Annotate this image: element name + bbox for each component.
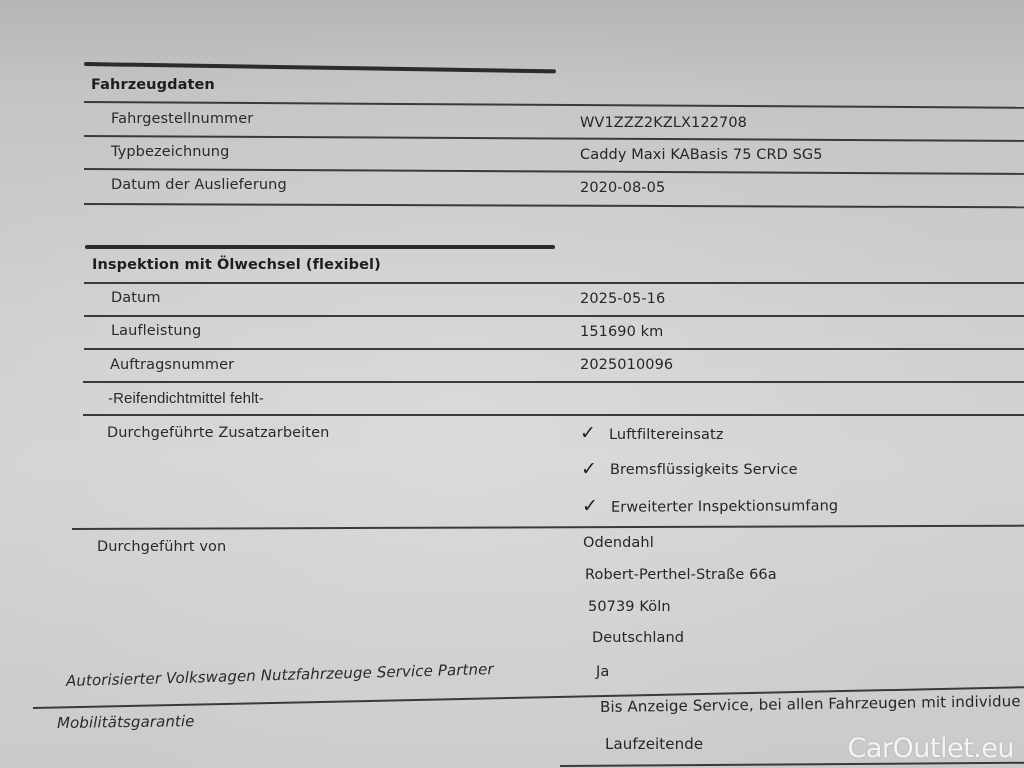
label-date: Datum <box>111 290 161 306</box>
work-item-brake-fluid: Bremsflüssigkeits Service <box>610 462 798 478</box>
section-rule-inspection <box>85 245 555 249</box>
divider <box>83 414 1024 416</box>
work-item-air-filter: Luftfiltereinsatz <box>609 427 724 443</box>
label-delivery-date: Datum der Auslieferung <box>111 177 287 193</box>
value-order-number: 2025010096 <box>580 357 673 373</box>
value-mobility-guarantee-end: Laufzeitende <box>605 735 703 753</box>
dealer-city: 50739 Köln <box>588 599 671 615</box>
label-type: Typbezeichnung <box>111 144 229 160</box>
checkmark-icon: ✓ <box>582 495 598 517</box>
value-delivery-date: 2020-08-05 <box>580 180 665 196</box>
section-rule-vehicle <box>84 62 556 73</box>
checkmark-icon: ✓ <box>581 458 597 480</box>
divider <box>84 203 1024 208</box>
label-order-number: Auftragsnummer <box>110 357 234 373</box>
section-title-vehicle: Fahrzeugdaten <box>91 77 215 93</box>
value-mileage: 151690 km <box>580 324 663 340</box>
divider <box>83 381 1024 383</box>
divider <box>84 282 1024 284</box>
divider <box>84 101 1024 108</box>
value-mobility-guarantee: Bis Anzeige Service, bei allen Fahrzeuge… <box>600 692 1021 716</box>
divider <box>84 315 1024 317</box>
value-date: 2025-05-16 <box>580 291 665 307</box>
work-item-extended-inspection: Erweiterter Inspektionsumfang <box>611 498 838 516</box>
label-additional-work: Durchgeführte Zusatzarbeiten <box>107 425 329 441</box>
label-authorized-partner: Autorisierter Volkswagen Nutzfahrzeuge S… <box>66 660 494 690</box>
section-title-inspection: Inspektion mit Ölwechsel (flexibel) <box>92 257 381 273</box>
value-type: Caddy Maxi KABasis 75 CRD SG5 <box>580 147 823 163</box>
dealer-street: Robert-Perthel-Straße 66a <box>585 567 777 583</box>
document-sheet: Fahrzeugdaten Fahrgestellnummer WV1ZZZ2K… <box>0 0 1024 768</box>
label-mobility-guarantee: Mobilitätsgarantie <box>57 712 195 732</box>
checkmark-icon: ✓ <box>580 422 596 444</box>
divider <box>84 168 1024 174</box>
divider <box>72 525 1024 530</box>
value-authorized-partner: Ja <box>596 664 609 680</box>
divider <box>84 135 1024 141</box>
label-performed-by: Durchgeführt von <box>97 539 226 555</box>
label-mileage: Laufleistung <box>111 323 201 339</box>
note-tire-sealant: -Reifendichtmittel fehlt- <box>108 390 264 407</box>
divider <box>84 348 1024 350</box>
dealer-name: Odendahl <box>583 535 654 551</box>
watermark-logo: CarOutlet.eu <box>848 733 1014 764</box>
dealer-country: Deutschland <box>592 630 684 646</box>
label-vin: Fahrgestellnummer <box>111 111 253 127</box>
value-vin: WV1ZZZ2KZLX122708 <box>580 115 747 131</box>
